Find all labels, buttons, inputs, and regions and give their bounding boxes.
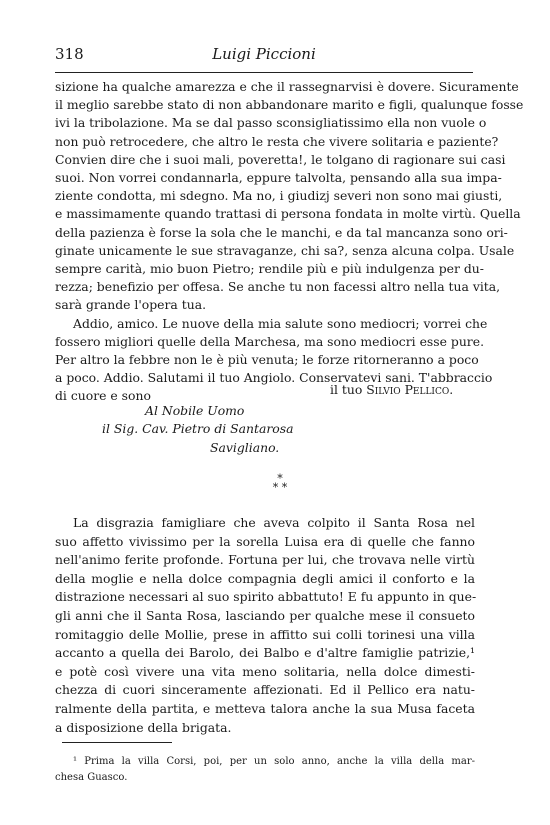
footnote-text: Prima la villa Corsi, poi, per un solo a… bbox=[84, 756, 475, 767]
text-line: e massimamente quando trattasi di person… bbox=[55, 205, 475, 223]
text-line: non può retrocedere, che altro le resta … bbox=[55, 133, 475, 151]
text-line: chezza di cuori sinceramente affezionati… bbox=[55, 681, 475, 700]
address-line-1: Al Nobile Uomo bbox=[145, 403, 244, 418]
text-line: della pazienza è forse la sola che le ma… bbox=[55, 224, 475, 242]
text-line: a disposizione della brigata. bbox=[55, 719, 475, 738]
running-title: Luigi Piccioni bbox=[55, 45, 473, 63]
address-line-3: Savigliano. bbox=[210, 440, 279, 455]
footnote-line-1: ¹ Prima la villa Corsi, poi, per un solo… bbox=[55, 754, 475, 770]
text-line: La disgrazia famigliare che aveva colpit… bbox=[55, 514, 475, 533]
text-line: rezza; benefizio per offesa. Se anche tu… bbox=[55, 278, 475, 296]
text-line: il meglio sarebbe stato di non abbandona… bbox=[55, 96, 475, 114]
text-line: sizione ha qualche amarezza e che il ras… bbox=[55, 78, 475, 96]
book-page: 318 Luigi Piccioni sizione ha qualche am… bbox=[0, 0, 550, 825]
text-line: ziente condotta, mi sdegno. Ma no, i giu… bbox=[55, 187, 475, 205]
signature: il tuo Silvio Pellico. bbox=[330, 382, 453, 397]
header-rule bbox=[55, 72, 473, 73]
address-line-2: il Sig. Cav. Pietro di Santarosa bbox=[102, 421, 294, 436]
text-line: distrazione necessari al suo spirito abb… bbox=[55, 588, 475, 607]
page-header: 318 Luigi Piccioni bbox=[55, 45, 473, 67]
narrative-paragraph: La disgrazia famigliare che aveva colpit… bbox=[55, 514, 475, 737]
asterisk-bottom: * * bbox=[270, 483, 290, 492]
text-line: fossero migliori quelle della Marchesa, … bbox=[55, 333, 475, 351]
signature-prefix: il tuo bbox=[330, 382, 362, 397]
letter-body: sizione ha qualche amarezza e che il ras… bbox=[55, 78, 475, 406]
text-line: accanto a quella dei Barolo, dei Balbo e… bbox=[55, 644, 475, 663]
text-line: sarà grande l'opera tua. bbox=[55, 296, 475, 314]
footnote-line-2: chesa Guasco. bbox=[55, 770, 475, 786]
text-line: sempre carità, mio buon Pietro; rendile … bbox=[55, 260, 475, 278]
footnote: ¹ Prima la villa Corsi, poi, per un solo… bbox=[55, 754, 475, 786]
footnote-rule bbox=[62, 742, 172, 743]
text-line: gli anni che il Santa Rosa, lasciando pe… bbox=[55, 607, 475, 626]
text-line: ivi la tribolazione. Ma se dal passo sco… bbox=[55, 114, 475, 132]
text-line: romitaggio delle Mollie, prese in affitt… bbox=[55, 626, 475, 645]
text-line: nell'animo ferite profonde. Fortuna per … bbox=[55, 551, 475, 570]
footnote-marker: ¹ bbox=[73, 756, 77, 767]
text-line: Per altro la febbre non le è più venuta;… bbox=[55, 351, 475, 369]
text-line: ralmente della partita, e metteva talora… bbox=[55, 700, 475, 719]
signature-name: Silvio Pellico. bbox=[366, 382, 453, 397]
text-line: suo affetto vivissimo per la sorella Lui… bbox=[55, 533, 475, 552]
text-line: e potè così vivere una vita meno solitar… bbox=[55, 663, 475, 682]
text-line: ginate unicamente le sue stravaganze, ch… bbox=[55, 242, 475, 260]
text-line: suoi. Non vorrei condannarla, eppure tal… bbox=[55, 169, 475, 187]
text-line: Convien dire che i suoi mali, poveretta!… bbox=[55, 151, 475, 169]
section-separator: * * * bbox=[270, 474, 290, 492]
text-line: della moglie e nella dolce compagnia deg… bbox=[55, 570, 475, 589]
text-line: Addio, amico. Le nuove della mia salute … bbox=[55, 315, 475, 333]
